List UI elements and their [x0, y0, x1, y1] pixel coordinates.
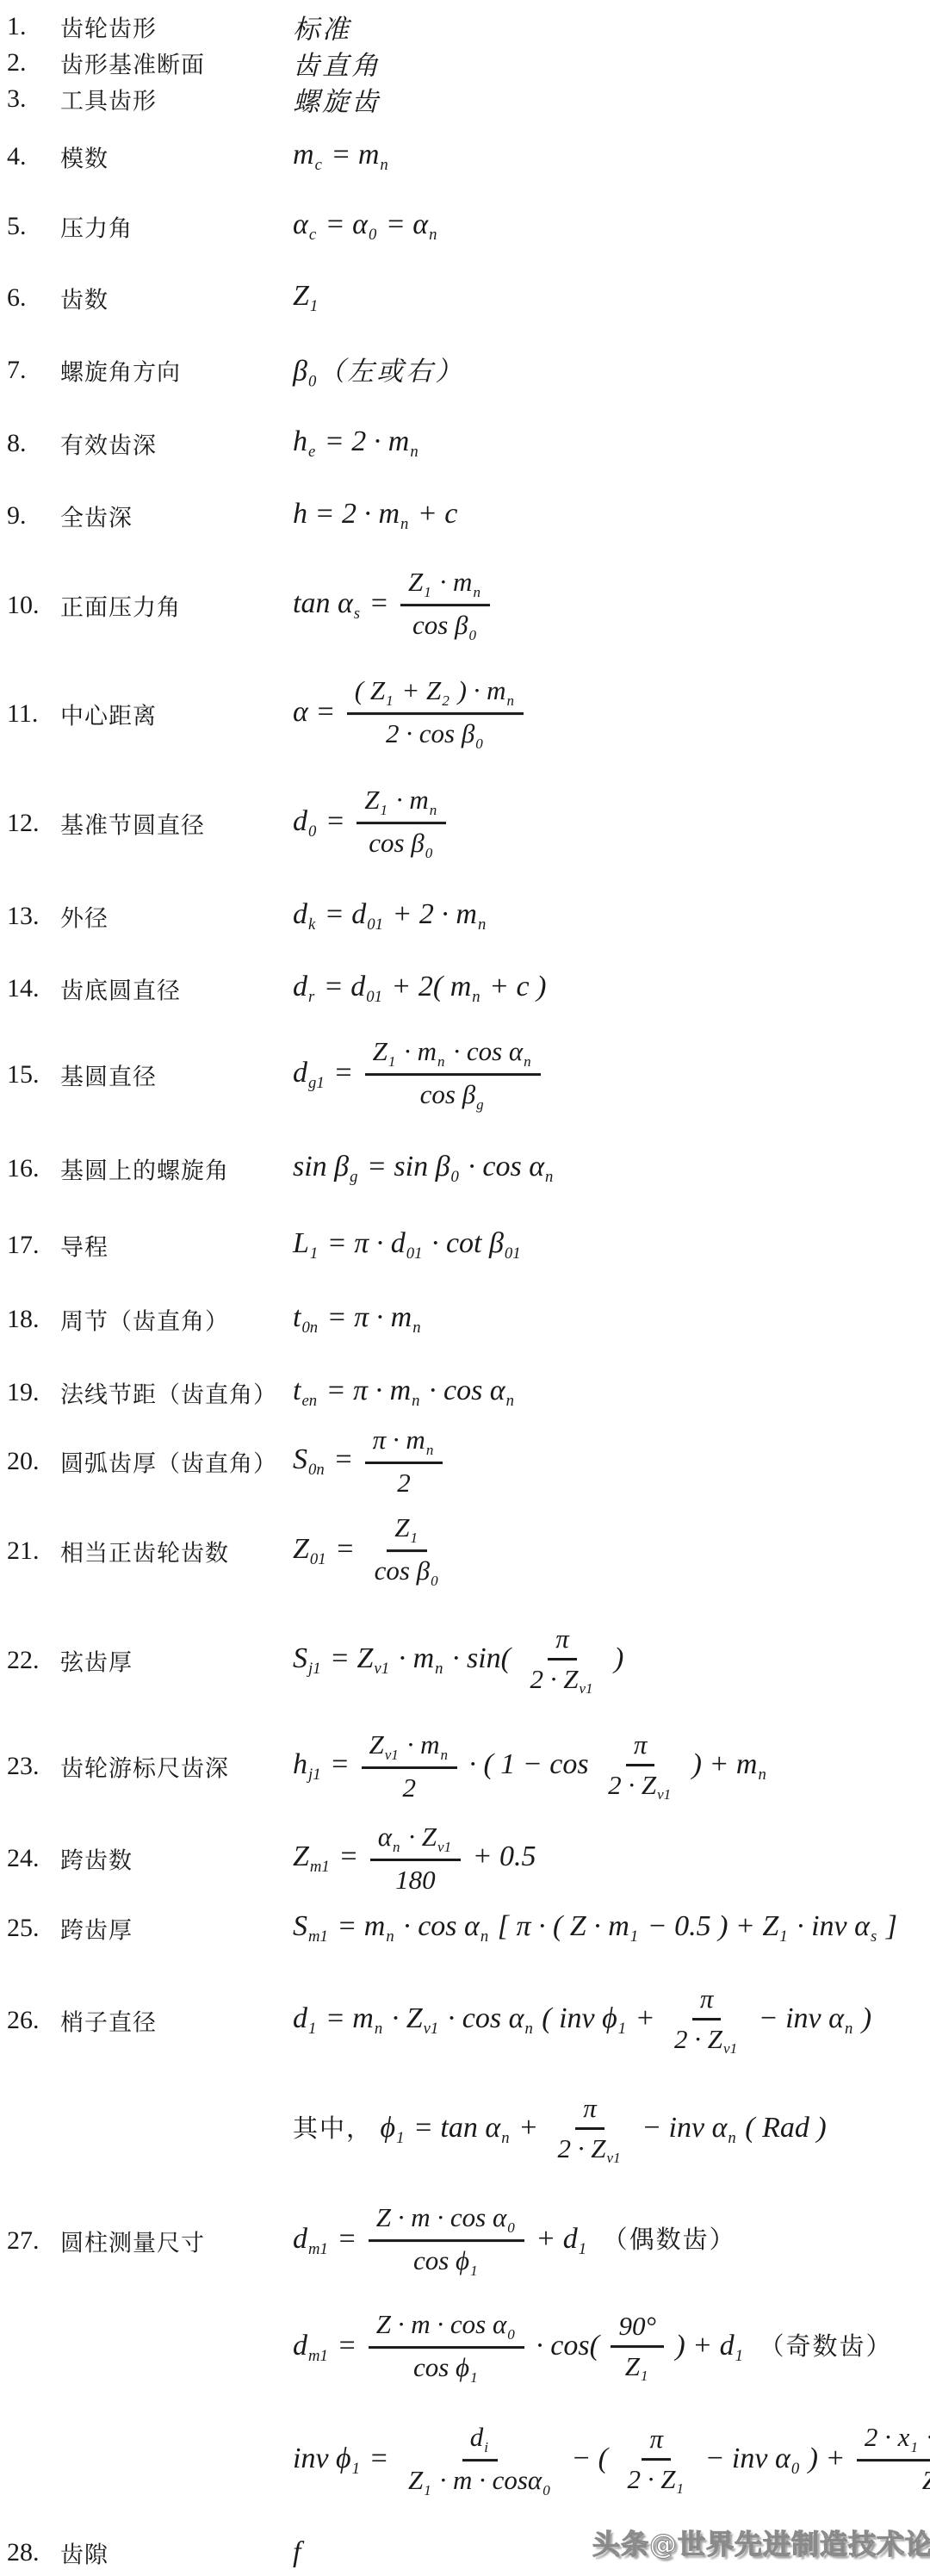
item-label: 正面压力角: [60, 589, 181, 623]
item-label: 相当正齿轮齿数: [60, 1535, 229, 1568]
fraction: π2 · Zv1: [666, 1983, 747, 2058]
item-label: 齿隙: [60, 2536, 108, 2570]
fraction: 90°Z1: [611, 2311, 663, 2385]
fraction: Zv1 · mn2: [362, 1729, 457, 1803]
item-number: 5.: [7, 212, 27, 241]
fraction: Z1 · mn · cos αncos βg: [365, 1036, 541, 1114]
fraction: ( Z1 + Z2 ) · mn2 · cos β0: [347, 675, 524, 753]
item-number: 11.: [7, 699, 38, 729]
item-formula: Sm1 = mn · cos αn [ π · ( Z · m1 − 0.5 )…: [293, 1910, 897, 1946]
item-number: 4.: [7, 142, 27, 171]
item-formula: ten = π · mn · cos αn: [293, 1375, 516, 1411]
fraction: Z · m · cos α0cos ϕ1: [369, 2309, 524, 2387]
item-label: 有效齿深: [60, 427, 157, 461]
item-label: 模数: [60, 140, 108, 174]
item-number: 2.: [7, 48, 27, 78]
item-formula: dr = d01 + 2( mn + c ): [293, 971, 546, 1007]
item-formula: S0n = π · mn2: [293, 1425, 447, 1499]
item-label: 法线节距（齿直角）: [60, 1376, 277, 1410]
item-formula: inv ϕ1 = diZ1 · m · cosα0 − ( π2 · Z1 − …: [293, 2422, 930, 2499]
item-number: 20.: [7, 1447, 40, 1476]
item-label: 周节（齿直角）: [60, 1303, 229, 1337]
item-formula: 其中， ϕ1 = tan αn + π2 · Zv1 − inv αn ( Ra…: [293, 2093, 827, 2167]
item-formula: d1 = mn · Zv1 · cos αn ( inv ϕ1 + π2 · Z…: [293, 1983, 871, 2058]
item-number: 17.: [7, 1231, 40, 1260]
item-label: 中心距离: [60, 698, 157, 731]
fraction: Z1cos β0: [367, 1512, 448, 1590]
item-formula: 螺旋齿: [293, 80, 381, 119]
item-formula: dg1 = Z1 · mn · cos αncos βg: [293, 1036, 545, 1114]
item-number: 6.: [7, 283, 27, 313]
item-formula: α = ( Z1 + Z2 ) · mn2 · cos β0: [293, 675, 528, 753]
item-number: 21.: [7, 1536, 40, 1566]
item-label: 梢子直径: [60, 2004, 157, 2038]
fraction: π2 · Z1: [619, 2424, 693, 2498]
item-formula: Z01 = Z1cos β0: [293, 1512, 452, 1590]
item-formula: Z1: [293, 280, 319, 316]
fraction: π2 · Zv1: [550, 2093, 630, 2167]
item-number: 27.: [7, 2226, 40, 2256]
item-number: 3.: [7, 84, 27, 114]
item-number: 23.: [7, 1752, 40, 1781]
item-number: 25.: [7, 1914, 40, 1943]
item-label: 齿轮齿形: [60, 10, 157, 44]
watermark: 头条@世界先进制造技术论坛: [592, 2523, 930, 2562]
item-formula: dm1 = Z · m · cos α0cos ϕ1 + d1 （偶数齿）: [293, 2202, 736, 2280]
item-label: 工具齿形: [60, 83, 157, 116]
item-label: 基圆上的螺旋角: [60, 1152, 229, 1186]
item-number: 18.: [7, 1305, 40, 1334]
item-label: 压力角: [60, 210, 133, 244]
fraction: Z · m · cos α0cos ϕ1: [369, 2202, 524, 2280]
fraction: π2 · Zv1: [522, 1623, 602, 1698]
item-number: 28.: [7, 2538, 40, 2567]
item-label: 圆柱测量尺寸: [60, 2225, 205, 2258]
fraction: π · mn2: [365, 1425, 443, 1499]
document-page: 1.齿轮齿形标准2.齿形基准断面齿直角3.工具齿形螺旋齿4.模数mc = mn5…: [0, 0, 930, 2576]
item-formula: 标准: [293, 8, 351, 47]
item-number: 7.: [7, 356, 27, 385]
item-number: 22.: [7, 1646, 40, 1675]
item-label: 跨齿数: [60, 1842, 133, 1876]
item-formula: d0 = Z1 · mncos β0: [293, 785, 450, 862]
item-formula: t0n = π · mn: [293, 1301, 423, 1338]
item-formula: 齿直角: [293, 44, 381, 83]
item-label: 外径: [60, 900, 108, 934]
item-label: 齿数: [60, 282, 108, 315]
item-number: 13.: [7, 902, 40, 931]
item-formula: hj1 = Zv1 · mn2 · ( 1 − cos π2 · Zv1 ) +…: [293, 1729, 768, 1803]
item-label: 弦齿厚: [60, 1644, 133, 1678]
fraction: Z1 · mncos β0: [400, 567, 490, 644]
item-formula: dm1 = Z · m · cos α0cos ϕ1 · cos( 90°Z1 …: [293, 2309, 892, 2387]
item-label: 跨齿厚: [60, 1912, 133, 1946]
item-label: 基准节圆直径: [60, 807, 205, 841]
item-number: 26.: [7, 2006, 40, 2035]
item-formula: sin βg = sin β0 · cos αn: [293, 1151, 555, 1187]
fraction: αn · Zv1180: [370, 1822, 461, 1896]
item-formula: αc = α0 = αn: [293, 208, 438, 245]
item-number: 24.: [7, 1844, 40, 1873]
fraction: 2 · x1 · tan α0Z1: [857, 2422, 930, 2499]
item-label: 全齿深: [60, 500, 133, 533]
item-number: 16.: [7, 1154, 40, 1183]
item-number: 15.: [7, 1060, 40, 1089]
fraction: π2 · Zv1: [600, 1729, 680, 1803]
item-number: 10.: [7, 591, 40, 620]
item-label: 基圆直径: [60, 1058, 157, 1092]
item-label: 齿轮游标尺齿深: [60, 1750, 229, 1784]
item-label: 齿形基准断面: [60, 47, 205, 80]
item-formula: L1 = π · d01 · cot β01: [293, 1227, 523, 1263]
item-formula: mc = mn: [293, 139, 390, 175]
item-formula: β0（左或右）: [293, 349, 464, 391]
item-formula: f: [293, 2536, 301, 2569]
fraction: Z1 · mncos β0: [356, 785, 446, 862]
item-label: 圆弧齿厚（齿直角）: [60, 1445, 277, 1479]
item-label: 齿底圆直径: [60, 972, 181, 1006]
item-formula: h = 2 · mn + c: [293, 498, 457, 534]
item-number: 9.: [7, 501, 27, 531]
item-number: 14.: [7, 974, 40, 1003]
item-number: 19.: [7, 1378, 40, 1407]
item-number: 1.: [7, 12, 27, 41]
item-label: 螺旋角方向: [60, 354, 181, 388]
item-label: 导程: [60, 1229, 108, 1263]
item-formula: Sj1 = Zv1 · mn · sin( π2 · Zv1 ): [293, 1623, 623, 1698]
fraction: diZ1 · m · cosα0: [400, 2422, 560, 2499]
item-formula: dk = d01 + 2 · mn: [293, 898, 487, 934]
item-number: 12.: [7, 809, 40, 838]
item-formula: he = 2 · mn: [293, 425, 420, 462]
item-formula: tan αs = Z1 · mncos β0: [293, 567, 494, 644]
item-number: 8.: [7, 429, 27, 458]
item-formula: Zm1 = αn · Zv1180 + 0.5: [293, 1822, 536, 1896]
